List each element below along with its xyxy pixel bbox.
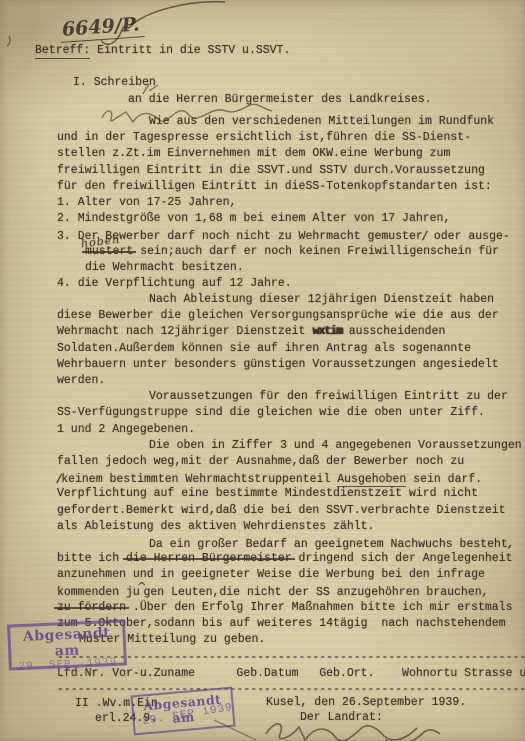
text: .Über den Erfolg Ihrer Maßnahmen bitte i… — [126, 601, 512, 614]
text: als Ableistung des aktiven Wehrdienstes … — [57, 520, 374, 533]
text-line: 1. Alter von 17-25 Jahren, — [57, 195, 525, 211]
under-text: Ausgehoben — [337, 473, 406, 487]
table-columns: Lfd.Nr. Vor-u.Zuname Geb.Datum Geb.Ort. … — [57, 666, 525, 682]
subject-text: Eintritt in die SSTV u.SSVT. — [90, 44, 290, 57]
text-line: Wie aus den verschiedenen Mitteilungen i… — [57, 114, 525, 130]
text: fallen jedoch weg,mit der Ausnahme,daß d… — [57, 455, 464, 468]
text-line: diese Bewerber die gleichen Versorgungsa… — [57, 308, 525, 324]
text: die Wehrmacht besitzen. — [85, 261, 244, 274]
text: bitte ich — [57, 552, 126, 565]
text-line: die Wehrmacht besitzen. — [57, 260, 525, 276]
text-line: bitte ich die Herren Bürgermeister dring… — [57, 551, 525, 567]
text: Wehrbauern unter besonders günstigen Vor… — [57, 358, 499, 371]
text: und in der Tagespresse ersichtlich ist,f… — [57, 131, 471, 144]
text: gefordert.Bemerkt wird,daß die bei den S… — [57, 504, 506, 517]
text-line: 3. Der Bewerber darf noch nicht zu Wehrm… — [57, 227, 525, 243]
text: sein;auch darf er noch keinen Freiwillig… — [133, 245, 499, 258]
text-line: Da ein großer Bedarf an geeignetem Nachw… — [57, 535, 525, 551]
text: 2. Mindestgröße von 1,68 m bei einem Alt… — [57, 212, 450, 225]
text: 1. Alter von 17-25 Jahren, — [57, 196, 236, 209]
pen-text: , — [508, 536, 512, 550]
text: dringend sich der Angelegenheit — [292, 552, 513, 565]
text-line: freiwilligen Eintritt in die SSVT.und SS… — [57, 163, 525, 179]
pencil-stroke — [210, 718, 260, 741]
text: Wie aus den verschiedenen Mitteilungen i… — [149, 115, 494, 128]
text-line: 1 und 2 Angegebenen. — [57, 422, 525, 438]
text: kommenden ju — [57, 586, 140, 599]
text: Soldaten.Außerdem können sie auf ihren A… — [57, 342, 471, 355]
text-line: Voraussetzungen für den freiwilligen Ein… — [57, 389, 525, 405]
text-line: Verpflichtung auf eine bestimmte Mindest… — [57, 486, 525, 502]
text: anzunehmen und in geeigneter Weise die W… — [57, 568, 485, 581]
text-line: Muster Mitteilung zu geben. — [57, 632, 525, 648]
text: sein darf. — [406, 473, 482, 486]
handwritten-mark — [140, 82, 162, 96]
sent-stamp-top: Abgesandt am 29. SEP. 1939 — [7, 619, 127, 670]
text: werden. — [57, 374, 105, 387]
table-separator: ----------------------------------------… — [57, 650, 525, 666]
subject-label: Betreff: — [35, 44, 90, 59]
text: gen Leuten,die nicht der SS anzugehöhren… — [143, 586, 488, 599]
text-line: /keinem bestimmten Wehrmachtstruppenteil… — [57, 470, 525, 486]
text: Die oben in Ziffer 3 und 4 angegebenen V… — [149, 439, 522, 452]
text-line: zum 5.Oktober,sodann bis auf weiteres 14… — [57, 616, 525, 632]
document-page: 6649/P. Betreff: Eintritt in die SSTV u.… — [0, 0, 525, 741]
text-line: hobenmustert sein;auch darf er noch kein… — [57, 244, 525, 260]
text: Wehrmacht nach 12jähriger Dienstzeit — [57, 325, 312, 338]
text-line: anzunehmen und in geeigneter Weise die W… — [57, 567, 525, 583]
text-line: SS-Verfügungstruppe sind die gleichen wi… — [57, 405, 525, 421]
text: für den freiwilligen Eintritt in dieSS-T… — [57, 180, 492, 193]
pen-mark — [4, 34, 14, 48]
text: oder ausge- — [427, 230, 510, 243]
text-line: zu fördern .Über den Erfolg Ihrer Maßnah… — [57, 600, 525, 616]
text: stellen z.Zt.im Einvernehmen mit dem OKW… — [57, 147, 450, 160]
text-line: 4. die Verpflichtung auf 12 Jahre. — [57, 276, 525, 292]
document-body: Wie aus den verschiedenen Mitteilungen i… — [57, 114, 525, 648]
text: freiwilligen Eintritt in die SSVT.und SS… — [57, 164, 485, 177]
text-line: Nach Ableistung dieser 12jährigen Dienst… — [57, 292, 525, 308]
text-line: Wehrmacht nach 12jähriger Dienstzeit wxt… — [57, 324, 525, 340]
text-line: Wehrbauern unter besonders günstigen Vor… — [57, 357, 525, 373]
strike-text: zu fördern — [57, 601, 126, 614]
text-line: 2. Mindestgröße von 1,68 m bei einem Alt… — [57, 211, 525, 227]
text: ausscheidenden — [342, 325, 446, 338]
text-line: fallen jedoch weg,mit der Ausnahme,daß d… — [57, 454, 525, 470]
text-line: stellen z.Zt.im Einvernehmen mit dem OKW… — [57, 146, 525, 162]
text: Da ein großer Bedarf an geeignetem Nachw… — [149, 538, 508, 551]
stamp-text: Abgesandt am — [10, 625, 123, 662]
subject-line: Betreff: Eintritt in die SSTV u.SSVT. — [35, 44, 290, 57]
text-line: Soldaten.Außerdem können sie auf ihren A… — [57, 341, 525, 357]
text: Nach Ableistung dieser 12jährigen Dienst… — [149, 293, 494, 306]
text: diese Bewerber die gleichen Versorgungsa… — [57, 309, 499, 322]
text-line: und in der Tagespresse ersichtlich ist,f… — [57, 130, 525, 146]
text: keinem bestimmten Wehrmachtstruppenteil — [61, 473, 337, 486]
pen-above-text: ^ — [137, 579, 147, 593]
text-line: gefordert.Bemerkt wird,daß die bei den S… — [57, 503, 525, 519]
signature — [260, 712, 450, 741]
overtype-text: wxtim — [312, 325, 342, 338]
text: 4. die Verpflichtung auf 12 Jahre. — [57, 277, 292, 290]
text-line: als Ableistung des aktiven Wehrdienstes … — [57, 519, 525, 535]
text: SS-Verfügungstruppe sind die gleichen wi… — [57, 406, 485, 419]
text-line: kommenden ju^gen Leuten,die nicht der SS… — [57, 583, 525, 599]
text-line: werden. — [57, 373, 525, 389]
text: Voraussetzungen für den freiwilligen Ein… — [149, 390, 508, 403]
text: Verpflichtung auf eine bestimmte Mindest… — [57, 487, 478, 500]
text-line: für den freiwilligen Eintritt in dieSS-T… — [57, 179, 525, 195]
text-line: Die oben in Ziffer 3 und 4 angegebenen V… — [57, 438, 525, 454]
place-date-line: Kusel, den 26.September 1939. — [266, 696, 466, 709]
roster-table-header: ----------------------------------------… — [57, 650, 525, 698]
strike-text: die Herren Bürgermeister — [126, 552, 292, 565]
text: 1 und 2 Angegebenen. — [57, 423, 195, 436]
strike-text: mustert — [85, 245, 133, 258]
